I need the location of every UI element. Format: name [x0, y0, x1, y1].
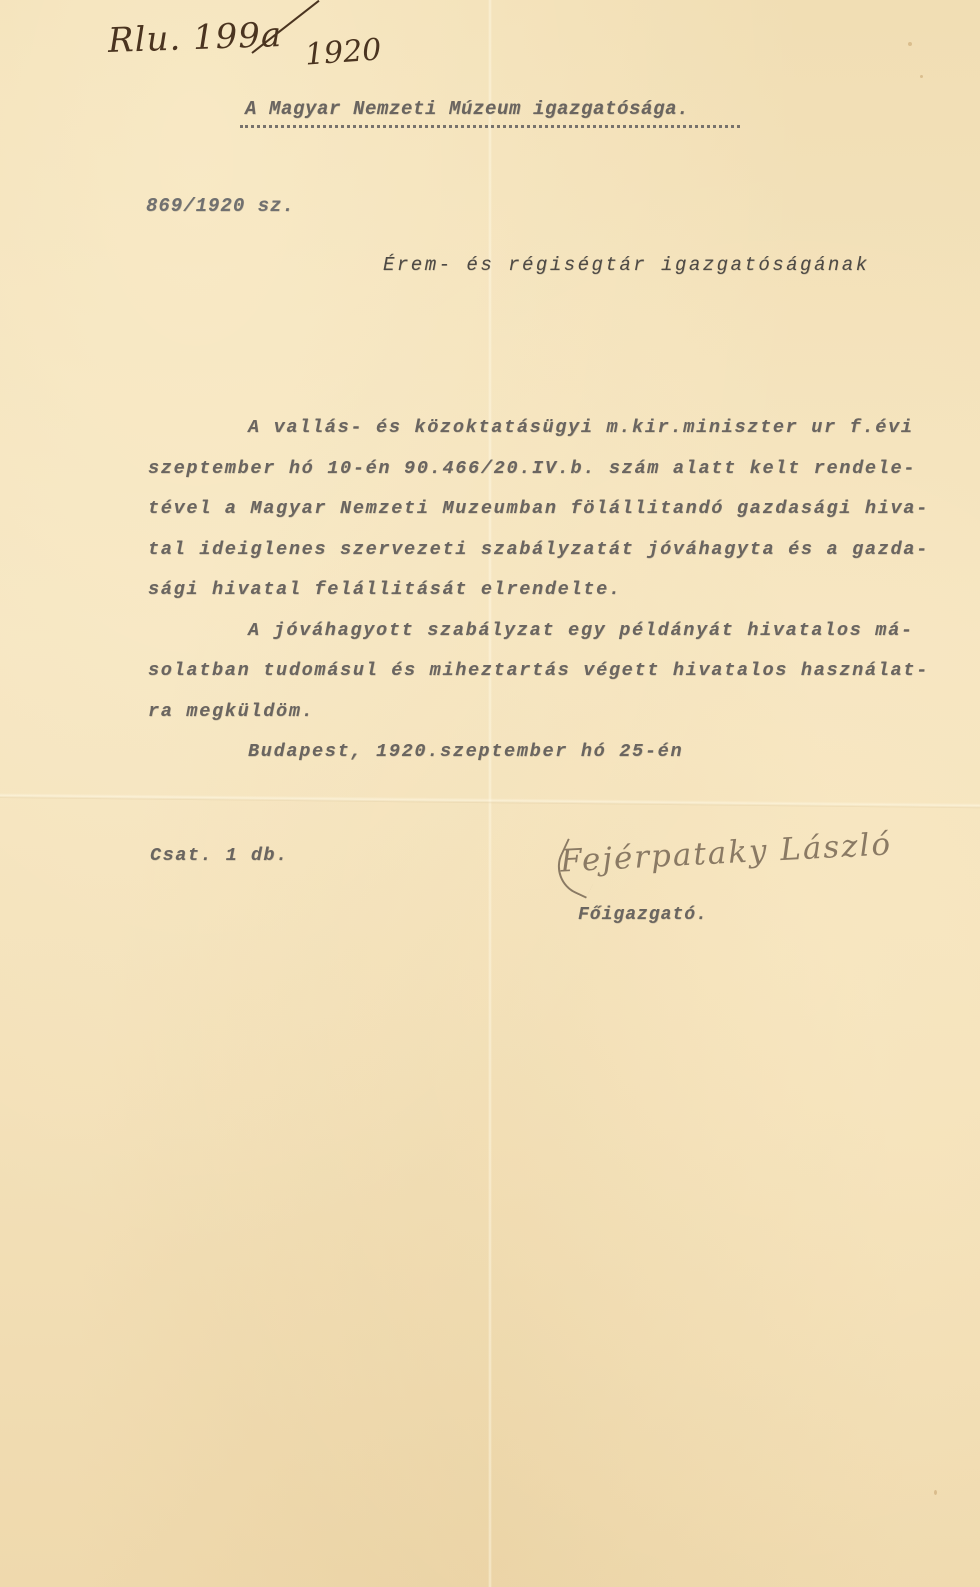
vertical-fold-line — [488, 0, 492, 1587]
handwritten-archive-year: 1920 — [304, 32, 383, 72]
body-line: sági hivatal felállitását elrendelte. — [148, 570, 918, 611]
letterhead-underline — [240, 125, 740, 128]
body-line: ra megküldöm. — [148, 692, 918, 733]
paper-stain — [908, 42, 912, 46]
body-line: A vallás- és közoktatásügyi m.kir.minisz… — [148, 408, 918, 449]
document-page: Rlu. 199a 1920 A Magyar Nemzeti Múzeum i… — [0, 0, 980, 1587]
body-line: tal ideiglenes szervezeti szabályzatát j… — [148, 530, 918, 571]
paper-stain — [934, 1490, 937, 1495]
addressee: Érem- és régiségtár igazgatóságának — [383, 254, 870, 276]
body-line: tével a Magyar Nemzeti Muzeumban fölálli… — [148, 489, 918, 530]
body-line: A jóváhagyott szabályzat egy példányát h… — [148, 611, 918, 652]
handwritten-archive-reference: Rlu. 199a — [107, 15, 282, 61]
signatory-title: Főigazgató. — [578, 905, 708, 925]
enclosure-note: Csat. 1 db. — [150, 845, 289, 866]
letter-body: A vallás- és közoktatásügyi m.kir.minisz… — [148, 408, 918, 773]
reference-number: 869/1920 sz. — [146, 195, 295, 217]
body-line: szeptember hó 10-én 90.466/20.IV.b. szám… — [148, 449, 918, 490]
place-and-date: Budapest, 1920.szeptember hó 25-én — [148, 732, 918, 773]
paper-stain — [920, 75, 923, 78]
handwritten-signature: Fejérpataky László — [559, 826, 893, 879]
body-line: solatban tudomásul és miheztartás végett… — [148, 651, 918, 692]
letterhead-title: A Magyar Nemzeti Múzeum igazgatósága. — [245, 98, 689, 120]
